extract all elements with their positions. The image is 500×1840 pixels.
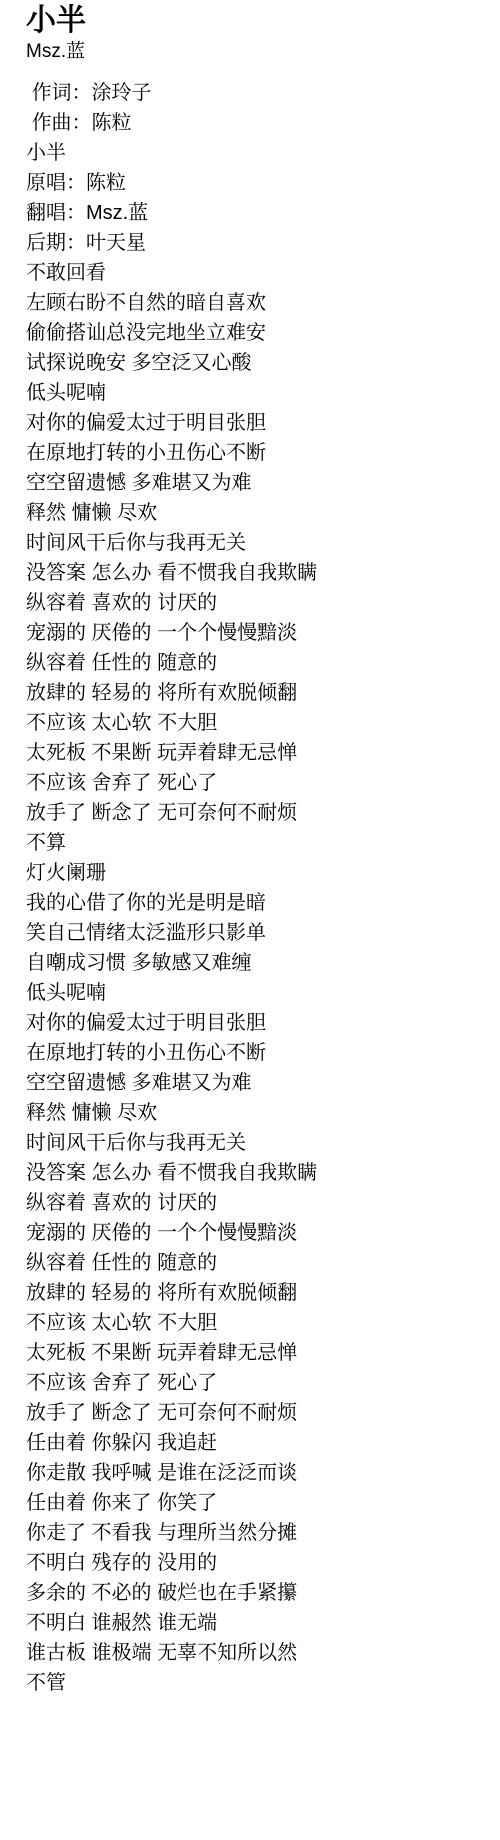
- lyric-line: 纵容着 任性的 随意的: [26, 1248, 480, 1278]
- lyric-line: 谁古板 谁极端 无辜不知所以然: [26, 1638, 480, 1668]
- lyric-line: 宠溺的 厌倦的 一个个慢慢黯淡: [26, 618, 480, 648]
- lyric-line: 不应该 太心软 不大胆: [26, 708, 480, 738]
- lyric-line: 没答案 怎么办 看不惯我自我欺瞒: [26, 558, 480, 588]
- lyric-line: 放肆的 轻易的 将所有欢脱倾翻: [26, 1278, 480, 1308]
- lyric-line: 原唱：陈粒: [26, 168, 480, 198]
- lyric-line: 对你的偏爱太过于明目张胆: [26, 408, 480, 438]
- lyric-line: 作词：涂玲子: [26, 78, 480, 108]
- lyric-line: 任由着 你躲闪 我追赶: [26, 1428, 480, 1458]
- lyric-line: 你走散 我呼喊 是谁在泛泛而谈: [26, 1458, 480, 1488]
- lyric-line: 释然 慵懒 尽欢: [26, 498, 480, 528]
- lyric-line: 空空留遗憾 多难堪又为难: [26, 1068, 480, 1098]
- lyric-line: 在原地打转的小丑伤心不断: [26, 1038, 480, 1068]
- lyric-line: 时间风干后你与我再无关: [26, 528, 480, 558]
- lyric-line: 释然 慵懒 尽欢: [26, 1098, 480, 1128]
- lyric-line: 太死板 不果断 玩弄着肆无忌惮: [26, 738, 480, 768]
- lyric-line: 偷偷搭讪总没完地坐立难安: [26, 318, 480, 348]
- lyric-line: 多余的 不必的 破烂也在手紧攥: [26, 1578, 480, 1608]
- lyric-line: 小半: [26, 138, 480, 168]
- lyric-line: 不应该 舍弃了 死心了: [26, 1368, 480, 1398]
- lyric-line: 放手了 断念了 无可奈何不耐烦: [26, 1398, 480, 1428]
- lyric-line: 宠溺的 厌倦的 一个个慢慢黯淡: [26, 1218, 480, 1248]
- lyric-line: 纵容着 喜欢的 讨厌的: [26, 588, 480, 618]
- lyric-line: 你走了 不看我 与理所当然分摊: [26, 1518, 480, 1548]
- lyric-line: 后期：叶天星: [26, 228, 480, 258]
- lyric-line: 低头呢喃: [26, 978, 480, 1008]
- lyric-line: 自嘲成习惯 多敏感又难缠: [26, 948, 480, 978]
- lyric-line: 不应该 舍弃了 死心了: [26, 768, 480, 798]
- lyric-line: 不应该 太心软 不大胆: [26, 1308, 480, 1338]
- lyric-line: 灯火阑珊: [26, 858, 480, 888]
- lyric-line: 空空留遗憾 多难堪又为难: [26, 468, 480, 498]
- lyric-line: 试探说晚安 多空泛又心酸: [26, 348, 480, 378]
- lyric-line: 不敢回看: [26, 258, 480, 288]
- lyric-line: 太死板 不果断 玩弄着肆无忌惮: [26, 1338, 480, 1368]
- lyric-line: 不明白 残存的 没用的: [26, 1548, 480, 1578]
- song-title: 小半: [26, 3, 480, 38]
- lyric-line: 不明白 谁赧然 谁无端: [26, 1608, 480, 1638]
- lyrics-page: 小半 Msz.蓝 作词：涂玲子 作曲：陈粒小半原唱：陈粒翻唱：Msz.蓝后期：叶…: [0, 0, 500, 1698]
- lyric-line: 任由着 你来了 你笑了: [26, 1488, 480, 1518]
- lyric-line: 作曲：陈粒: [26, 108, 480, 138]
- lyric-line: 笑自己情绪太泛滥形只影单: [26, 918, 480, 948]
- lyric-line: 不管: [26, 1668, 480, 1698]
- lyric-line: 翻唱：Msz.蓝: [26, 198, 480, 228]
- lyric-line: 在原地打转的小丑伤心不断: [26, 438, 480, 468]
- lyric-line: 我的心借了你的光是明是暗: [26, 888, 480, 918]
- lyric-line: 放手了 断念了 无可奈何不耐烦: [26, 798, 480, 828]
- lyric-line: 没答案 怎么办 看不惯我自我欺瞒: [26, 1158, 480, 1188]
- lyric-line: 对你的偏爱太过于明目张胆: [26, 1008, 480, 1038]
- lyrics-block: 作词：涂玲子 作曲：陈粒小半原唱：陈粒翻唱：Msz.蓝后期：叶天星不敢回看左顾右…: [26, 78, 480, 1698]
- lyric-line: 时间风干后你与我再无关: [26, 1128, 480, 1158]
- lyric-line: 放肆的 轻易的 将所有欢脱倾翻: [26, 678, 480, 708]
- lyric-line: 左顾右盼不自然的暗自喜欢: [26, 288, 480, 318]
- lyric-line: 纵容着 喜欢的 讨厌的: [26, 1188, 480, 1218]
- artist-name: Msz.蓝: [26, 40, 480, 64]
- lyric-line: 纵容着 任性的 随意的: [26, 648, 480, 678]
- lyric-line: 低头呢喃: [26, 378, 480, 408]
- lyric-line: 不算: [26, 828, 480, 858]
